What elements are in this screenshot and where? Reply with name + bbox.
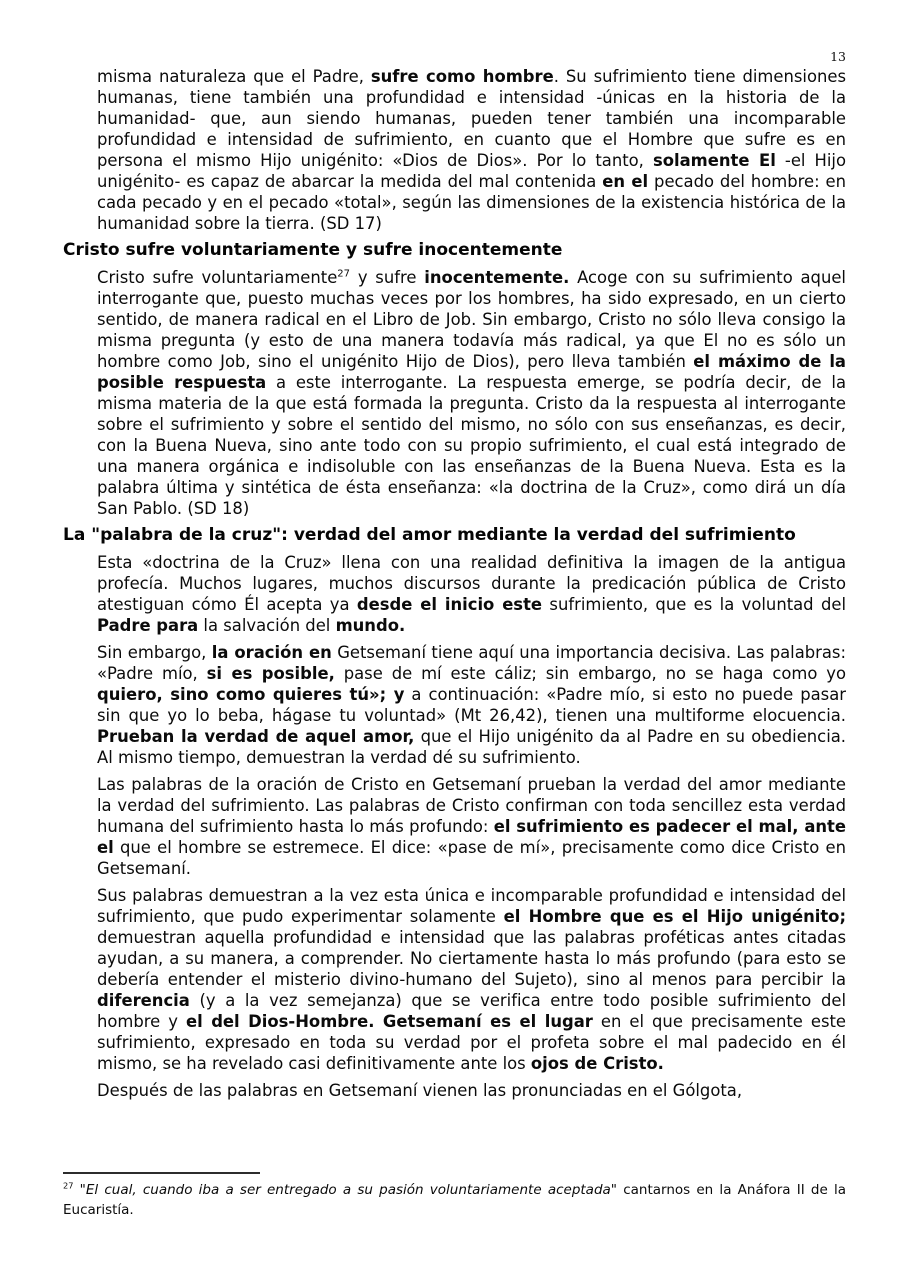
footnote-separator (63, 1172, 260, 1174)
heading-palabra-de-la-cruz: La "palabra de la cruz": verdad del amor… (63, 525, 846, 546)
footnote-27: 27 "El cual, cuando iba a ser entregado … (63, 1180, 846, 1220)
paragraph-sd17-continuation: misma naturaleza que el Padre, sufre com… (97, 66, 846, 234)
paragraph-sus-palabras-demuestran: Sus palabras demuestran a la vez esta ún… (97, 885, 846, 1074)
page-content: misma naturaleza que el Padre, sufre com… (63, 66, 846, 1107)
page-number: 13 (830, 49, 846, 64)
paragraph-despues-golgota: Después de las palabras en Getsemaní vie… (97, 1080, 846, 1101)
footnote-area: 27 "El cual, cuando iba a ser entregado … (63, 1166, 846, 1220)
document-page: 13 misma naturaleza que el Padre, sufre … (0, 0, 905, 1280)
paragraph-cristo-sufre-sd18: Cristo sufre voluntariamente27 y sufre i… (97, 267, 846, 519)
paragraph-doctrina-de-la-cruz: Esta «doctrina de la Cruz» llena con una… (97, 552, 846, 636)
paragraph-oracion-en-getsemani: Sin embargo, la oración en Getsemaní tie… (97, 642, 846, 768)
heading-cristo-sufre-voluntariamente: Cristo sufre voluntariamente y sufre ino… (63, 240, 846, 261)
paragraph-palabras-de-la-oracion: Las palabras de la oración de Cristo en … (97, 774, 846, 879)
